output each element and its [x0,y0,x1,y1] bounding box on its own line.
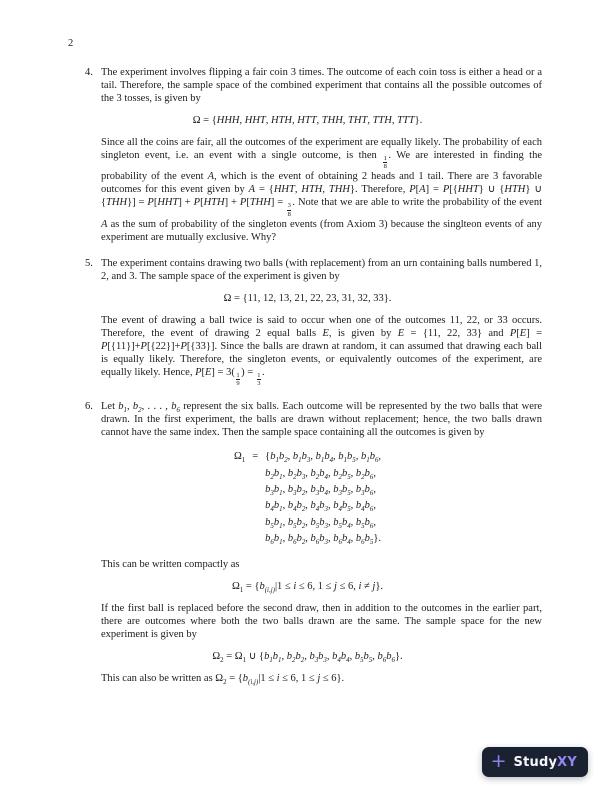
paragraph: Let b1, b2, . . . , b6 represent the six… [101,400,542,439]
item-number: 6. [85,400,101,684]
equation-rhs: {b1b2, b1b3, b1b4, b1b5, b1b6, b2b1, b2b… [265,449,381,547]
display-equation-sample-space-balls: Ω = {11, 12, 13, 21, 22, 23, 31, 32, 33}… [101,292,514,305]
logo-text-study: Study [514,755,558,770]
studyxy-logo: + StudyXY [482,747,588,777]
solutions-list: 4. The experiment involves flipping a fa… [85,66,542,698]
paragraph: The experiment contains drawing two ball… [101,257,542,283]
equation-line: b5b1, b5b2, b5b3, b5b4, b5b6, [265,515,381,531]
paragraph: The experiment involves flipping a fair … [101,66,542,105]
document-page: 2 4. The experiment involves flipping a … [0,0,612,792]
item-number: 5. [85,257,101,387]
paragraph: This can also be written as Ω2 = {b(i,j)… [101,672,542,685]
problem-5: 5. The experiment contains drawing two b… [85,257,542,387]
logo-text-xy: XY [557,755,577,770]
problem-5-body: The experiment contains drawing two ball… [101,257,542,387]
display-equation-omega2-union: Ω2 = Ω1 ∪ {b1b1, b2b2, b3b3, b4b4, b5b5,… [101,650,514,663]
equation-relation: = [252,449,258,547]
item-number: 4. [85,66,101,244]
equation-line: {b1b2, b1b3, b1b4, b1b5, b1b6, [265,449,381,465]
problem-4: 4. The experiment involves flipping a fa… [85,66,542,244]
paragraph: Since all the coins are fair, all the ou… [101,136,542,244]
logo-text: StudyXY [514,755,577,770]
aligned-equation-omega1: Ω1 = {b1b2, b1b3, b1b4, b1b5, b1b6, b2b1… [101,449,514,547]
paragraph: The event of drawing a ball twice is sai… [101,314,542,387]
equation-line: b6b1, b6b2, b6b3, b6b4, b6b5}. [265,531,381,547]
plus-icon: + [491,752,507,771]
paragraph: If the first ball is replaced before the… [101,602,542,641]
page-number: 2 [68,38,73,49]
paragraph: This can be written compactly as [101,558,542,571]
problem-6-body: Let b1, b2, . . . , b6 represent the six… [101,400,542,684]
display-equation-omega1-compact: Ω1 = {b(i,j)|1 ≤ i ≤ 6, 1 ≤ j ≤ 6, i ≠ j… [101,580,514,593]
equation-lhs: Ω1 [234,449,245,547]
problem-4-body: The experiment involves flipping a fair … [101,66,542,244]
problem-6: 6. Let b1, b2, . . . , b6 represent the … [85,400,542,684]
equation-line: b4b1, b4b2, b4b3, b4b5, b4b6, [265,498,381,514]
display-equation-sample-space-coins: Ω = {HHH, HHT, HTH, HTT, THH, THT, TTH, … [101,114,514,127]
equation-line: b2b1, b2b3, b2b4, b2b5, b2b6, [265,466,381,482]
equation-line: b3b1, b3b2, b3b4, b3b5, b3b6, [265,482,381,498]
